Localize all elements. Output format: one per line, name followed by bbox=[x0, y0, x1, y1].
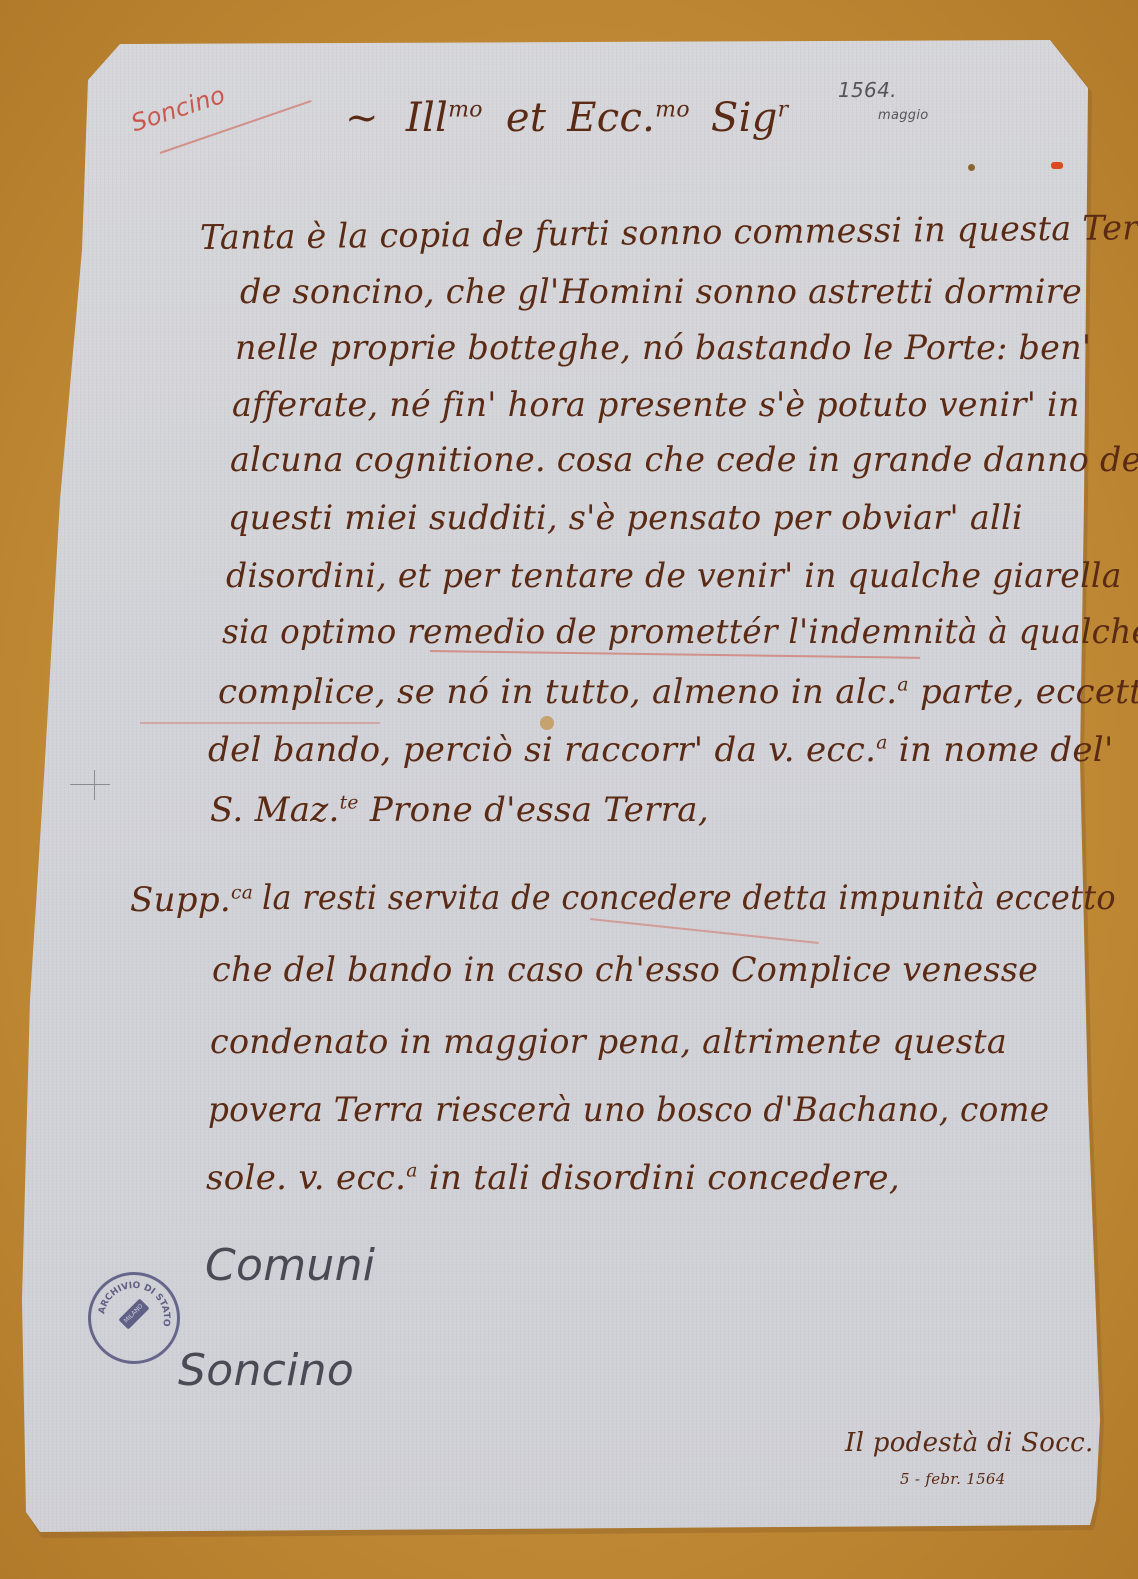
body-line-6: questi miei sudditi, s'è pensato per obv… bbox=[228, 498, 1023, 538]
supp-text: Supp. bbox=[130, 880, 231, 920]
body-line-13: che del bando in caso ch'esso Complice v… bbox=[212, 950, 1038, 990]
line10-rest: in nome del' bbox=[888, 730, 1114, 770]
signature-line-1: Il podestà di Socc. bbox=[845, 1428, 1094, 1458]
pencil-cross-mark bbox=[70, 784, 110, 785]
archival-month-note: maggio bbox=[878, 108, 929, 123]
line11-text: S. Maz. bbox=[210, 790, 340, 830]
body-line-9: complice, se nó in tutto, almeno in alc.… bbox=[218, 672, 1138, 712]
body-line-14: condenato in maggior pena, altrimente qu… bbox=[210, 1022, 1007, 1062]
salutation-ill: Ill bbox=[406, 95, 448, 141]
salutation-heading: ~ Illmo et Ecc.mo Sigr bbox=[345, 95, 788, 141]
red-wax-mark bbox=[1051, 162, 1063, 169]
body-line-8: sia optimo remedio de promettér l'indemn… bbox=[222, 612, 1138, 652]
supplica-label: Supp.ca bbox=[130, 880, 253, 920]
salutation-ecc: Ecc. bbox=[567, 95, 655, 141]
body-line-11: S. Maz.te Prone d'essa Terra, bbox=[210, 790, 709, 830]
signature-line-2: 5 - febr. 1564 bbox=[900, 1470, 1006, 1488]
pencil-note-soncino: Soncino bbox=[178, 1345, 354, 1396]
paper-damage-spot bbox=[540, 716, 554, 730]
body-line-10: del bando, perciò si raccorr' da v. ecc.… bbox=[208, 730, 1114, 770]
salutation-tilde: ~ bbox=[345, 95, 379, 141]
line9-rest: parte, eccetto bbox=[909, 672, 1138, 712]
salutation-sig-sup: r bbox=[778, 98, 789, 123]
body-line-2: de soncino, che gl'Homini sonno astretti… bbox=[240, 272, 1082, 312]
body-line-16: sole. v. ecc.a in tali disordini concede… bbox=[206, 1158, 900, 1198]
archive-stamp: ARCHIVIO DI STATO MILANO bbox=[88, 1272, 180, 1364]
body-line-7: disordini, et per tentare de venir' in q… bbox=[226, 556, 1122, 596]
line9-text: complice, se nó in tutto, almeno in alc. bbox=[218, 672, 897, 712]
line16-rest: in tali disordini concedere, bbox=[418, 1158, 900, 1198]
salutation-ecc-sup: mo bbox=[655, 98, 690, 123]
supp-sup: ca bbox=[231, 883, 253, 904]
pencil-cross-mark-vertical bbox=[94, 770, 95, 800]
body-line-12: la resti servita de concedere detta impu… bbox=[262, 878, 1116, 918]
ink-dot-top-right bbox=[968, 164, 975, 171]
line16-text: sole. v. ecc. bbox=[206, 1158, 406, 1198]
line9-sup: a bbox=[897, 675, 908, 696]
salutation-sig: Sig bbox=[711, 95, 778, 141]
line11-sup: te bbox=[340, 793, 359, 814]
archival-year-note: 1564. bbox=[838, 78, 897, 102]
body-line-15: povera Terra riescerà uno bosco d'Bachan… bbox=[208, 1090, 1049, 1130]
red-underline-margin bbox=[140, 722, 380, 724]
body-line-5: alcuna cognitione. cosa che cede in gran… bbox=[230, 440, 1138, 480]
body-line-4: afferate, né fin' hora presente s'è potu… bbox=[232, 385, 1080, 425]
line11-rest: Prone d'essa Terra, bbox=[359, 790, 709, 830]
body-line-3: nelle proprie botteghe, nó bastando le P… bbox=[235, 328, 1091, 368]
line10-sup: a bbox=[876, 733, 887, 754]
salutation-ill-sup: mo bbox=[448, 98, 483, 123]
pencil-note-comuni: Comuni bbox=[205, 1240, 375, 1291]
line10-text: del bando, perciò si raccorr' da v. ecc. bbox=[208, 730, 876, 770]
salutation-et: et bbox=[506, 95, 546, 141]
line16-sup: a bbox=[406, 1161, 417, 1182]
